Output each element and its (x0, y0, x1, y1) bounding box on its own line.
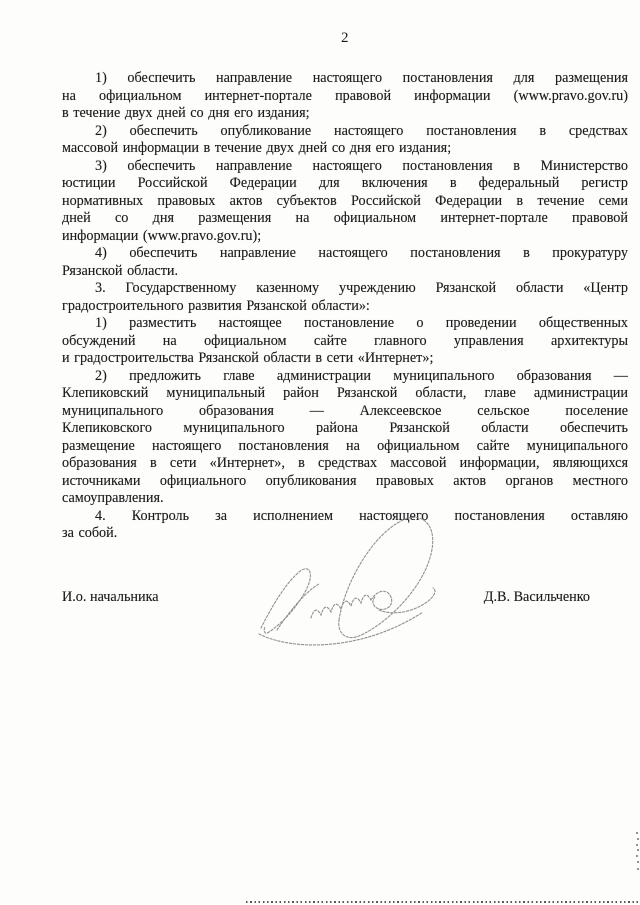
text-line: муниципального образования — Алексеевско… (62, 403, 628, 421)
page-number: 2 (62, 30, 628, 47)
text-line: 3. Государственному казенному учреждению… (62, 280, 628, 298)
text-line: на официальном интернет-портале правовой… (62, 88, 628, 106)
text-line: массовой информации в течение двух дней … (62, 140, 628, 158)
text-line: обсуждений на официальном сайте главного… (62, 333, 628, 351)
speckle-dot (637, 838, 639, 840)
speckle-dot (636, 855, 638, 857)
speckle-dot (636, 832, 638, 834)
text-line: в течение двух дней со дня его издания; (62, 105, 628, 123)
text-line: 3) обеспечить направление настоящего пос… (62, 158, 628, 176)
text-line: образования в сети «Интернет», в средств… (62, 455, 628, 473)
text-line: самоуправления. (62, 490, 628, 508)
speckle-dot (637, 868, 639, 870)
text-line: Клепиковский муниципальный район Рязанск… (62, 385, 628, 403)
text-line: 4) обеспечить направление настоящего пос… (62, 245, 628, 263)
speckle-dot (637, 849, 639, 851)
document-body: 1) обеспечить направление настоящего пос… (62, 70, 628, 543)
signer-name: Д.В. Васильченко (484, 589, 590, 606)
text-line: дней со дня размещения на официальном ин… (62, 210, 628, 228)
text-line: Рязанской области. (62, 263, 628, 281)
text-line: 2) предложить главе администрации муници… (62, 368, 628, 386)
text-line: 1) разместить настоящее постановление о … (62, 315, 628, 333)
text-line: юстиции Российской Федерации для включен… (62, 175, 628, 193)
signer-position: И.о. начальника (62, 589, 159, 606)
text-line: нормативных правовых актов субъектов Рос… (62, 193, 628, 211)
text-line: информации (www.pravo.gov.ru); (62, 228, 628, 246)
text-line: размещение настоящего постановления на о… (62, 438, 628, 456)
text-line: 2) обеспечить опубликование настоящего п… (62, 123, 628, 141)
scan-artifact-dotted-line (246, 901, 638, 903)
speckle-dot (636, 844, 638, 846)
text-line: источниками официального опубликования п… (62, 473, 628, 491)
document-page: 2 1) обеспечить направление настоящего п… (0, 0, 640, 905)
handwritten-signature-icon (255, 512, 460, 654)
signature-block: И.о. начальника Д.В. Васильченко (62, 589, 590, 606)
text-line: и градостроительства Рязанской области в… (62, 350, 628, 368)
text-line: 1) обеспечить направление настоящего пос… (62, 70, 628, 88)
text-line: Клепиковского муниципального района Ряза… (62, 420, 628, 438)
text-line: градостроительного развития Рязанской об… (62, 298, 628, 316)
speckle-dot (637, 861, 639, 863)
